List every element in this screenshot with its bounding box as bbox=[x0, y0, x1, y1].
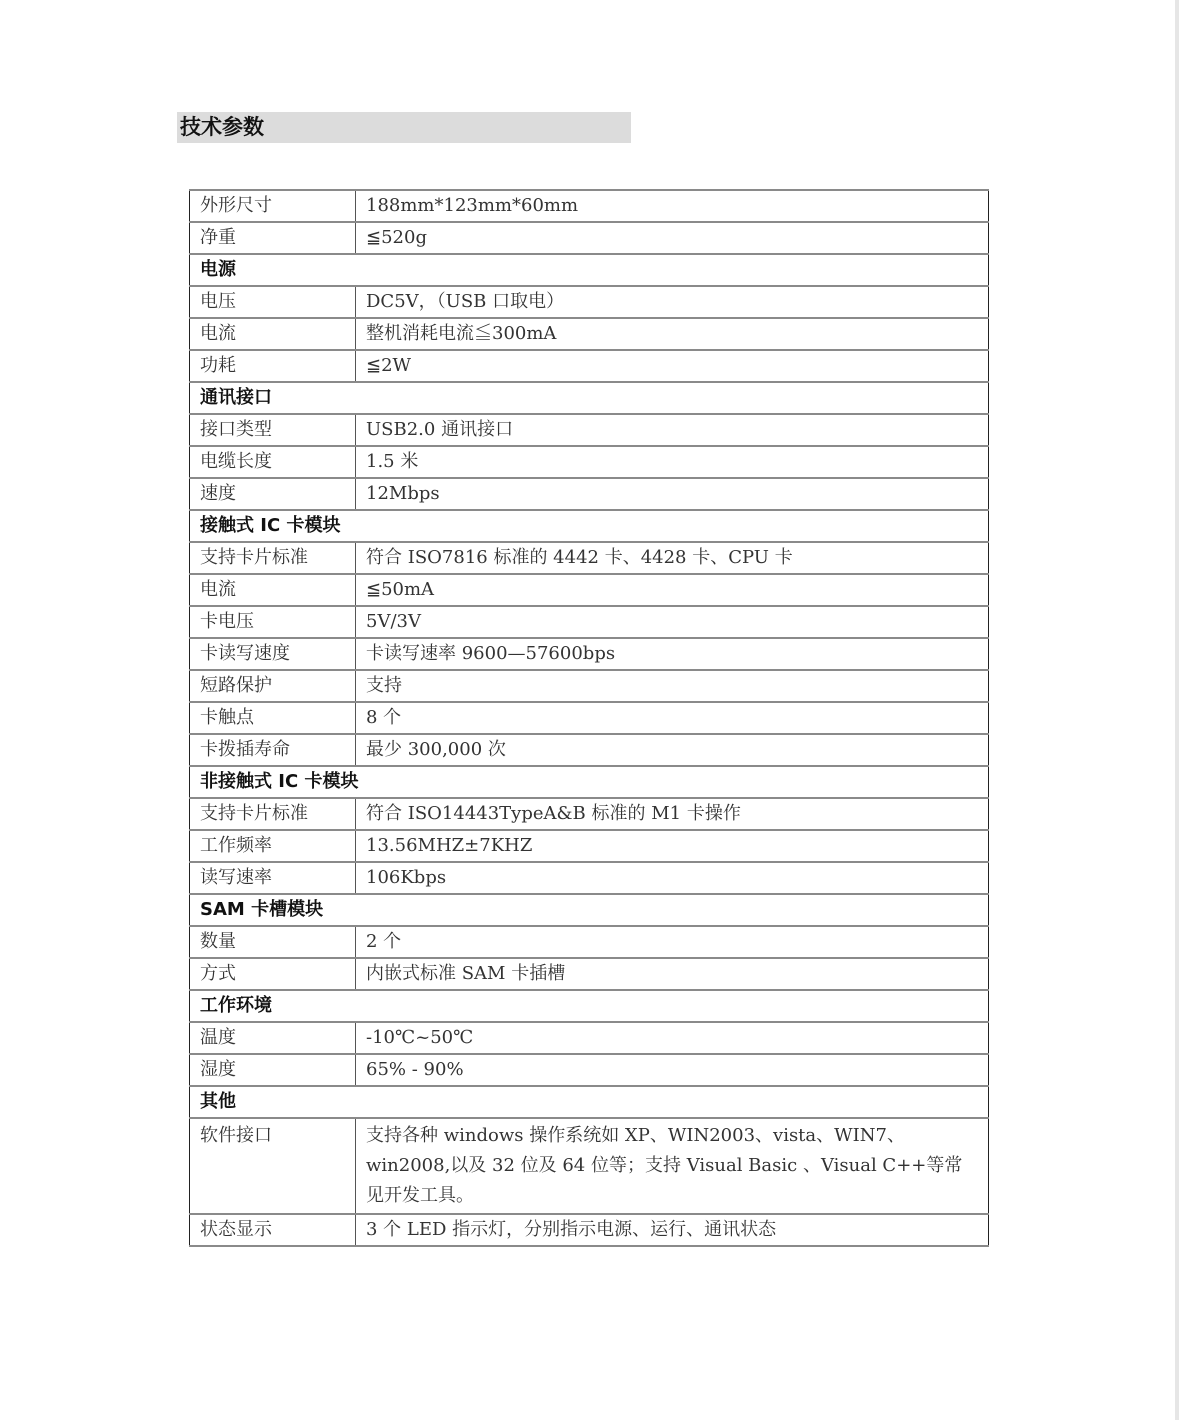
spec-row: 净重≦520g bbox=[190, 222, 989, 254]
page-title: 技术参数 bbox=[177, 112, 631, 143]
spec-value: 符合 ISO7816 标准的 4442 卡、4428 卡、CPU 卡 bbox=[356, 542, 989, 574]
spec-key: 外形尺寸 bbox=[190, 190, 356, 222]
spec-key: 电流 bbox=[190, 318, 356, 350]
spec-row: 支持卡片标准符合 ISO7816 标准的 4442 卡、4428 卡、CPU 卡 bbox=[190, 542, 989, 574]
spec-value: ≦50mA bbox=[356, 574, 989, 606]
spec-value: 卡读写速率 9600—57600bps bbox=[356, 638, 989, 670]
section-label: 通讯接口 bbox=[190, 382, 989, 414]
spec-table-body: 外形尺寸188mm*123mm*60mm净重≦520g电源电压DC5V，（USB… bbox=[190, 190, 989, 1246]
section-header-row: 工作环境 bbox=[190, 990, 989, 1022]
spec-key: 支持卡片标准 bbox=[190, 542, 356, 574]
spec-key: 温度 bbox=[190, 1022, 356, 1054]
spec-row: 卡触点8 个 bbox=[190, 702, 989, 734]
spec-value: 3 个 LED 指示灯，分别指示电源、运行、通讯状态 bbox=[356, 1214, 989, 1246]
spec-row: 卡电压5V/3V bbox=[190, 606, 989, 638]
section-label: 非接触式 IC 卡模块 bbox=[190, 766, 989, 798]
spec-key: 卡触点 bbox=[190, 702, 356, 734]
spec-row: 电流整机消耗电流≦300mA bbox=[190, 318, 989, 350]
spec-row: 接口类型USB2.0 通讯接口 bbox=[190, 414, 989, 446]
spec-value: 13.56MHZ±7KHZ bbox=[356, 830, 989, 862]
section-label: 工作环境 bbox=[190, 990, 989, 1022]
spec-value: 1.5 米 bbox=[356, 446, 989, 478]
spec-key: 卡电压 bbox=[190, 606, 356, 638]
page-edge bbox=[1175, 0, 1179, 1420]
spec-key: 电缆长度 bbox=[190, 446, 356, 478]
spec-row: 状态显示3 个 LED 指示灯，分别指示电源、运行、通讯状态 bbox=[190, 1214, 989, 1246]
spec-value: ≦520g bbox=[356, 222, 989, 254]
spec-value: USB2.0 通讯接口 bbox=[356, 414, 989, 446]
spec-row: 外形尺寸188mm*123mm*60mm bbox=[190, 190, 989, 222]
spec-key: 湿度 bbox=[190, 1054, 356, 1086]
spec-key: 软件接口 bbox=[190, 1118, 356, 1214]
spec-key: 电压 bbox=[190, 286, 356, 318]
spec-row: 功耗≦2W bbox=[190, 350, 989, 382]
spec-value: 5V/3V bbox=[356, 606, 989, 638]
section-header-row: 通讯接口 bbox=[190, 382, 989, 414]
spec-row: 电缆长度1.5 米 bbox=[190, 446, 989, 478]
section-header-row: SAM 卡槽模块 bbox=[190, 894, 989, 926]
section-header-row: 电源 bbox=[190, 254, 989, 286]
section-label: SAM 卡槽模块 bbox=[190, 894, 989, 926]
section-label: 其他 bbox=[190, 1086, 989, 1118]
spec-row: 温度-10℃~50℃ bbox=[190, 1022, 989, 1054]
section-label: 接触式 IC 卡模块 bbox=[190, 510, 989, 542]
spec-value: 最少 300,000 次 bbox=[356, 734, 989, 766]
spec-key: 状态显示 bbox=[190, 1214, 356, 1246]
spec-key: 卡读写速度 bbox=[190, 638, 356, 670]
spec-key: 数量 bbox=[190, 926, 356, 958]
spec-value: 支持 bbox=[356, 670, 989, 702]
spec-row: 速度12Mbps bbox=[190, 478, 989, 510]
section-label: 电源 bbox=[190, 254, 989, 286]
spec-row: 工作频率13.56MHZ±7KHZ bbox=[190, 830, 989, 862]
section-header-row: 接触式 IC 卡模块 bbox=[190, 510, 989, 542]
spec-key: 读写速率 bbox=[190, 862, 356, 894]
spec-row: 电压DC5V，（USB 口取电） bbox=[190, 286, 989, 318]
spec-key: 支持卡片标准 bbox=[190, 798, 356, 830]
spec-row: 卡读写速度卡读写速率 9600—57600bps bbox=[190, 638, 989, 670]
spec-key: 净重 bbox=[190, 222, 356, 254]
spec-row: 方式内嵌式标准 SAM 卡插槽 bbox=[190, 958, 989, 990]
spec-row: 短路保护支持 bbox=[190, 670, 989, 702]
spec-key: 电流 bbox=[190, 574, 356, 606]
section-header-row: 其他 bbox=[190, 1086, 989, 1118]
spec-row: 读写速率106Kbps bbox=[190, 862, 989, 894]
spec-value: 内嵌式标准 SAM 卡插槽 bbox=[356, 958, 989, 990]
spec-table: 外形尺寸188mm*123mm*60mm净重≦520g电源电压DC5V，（USB… bbox=[189, 189, 989, 1247]
spec-row: 电流≦50mA bbox=[190, 574, 989, 606]
spec-row: 软件接口支持各种 windows 操作系统如 XP、WIN2003、vista、… bbox=[190, 1118, 989, 1214]
spec-value: 188mm*123mm*60mm bbox=[356, 190, 989, 222]
spec-value: DC5V，（USB 口取电） bbox=[356, 286, 989, 318]
spec-value: 整机消耗电流≦300mA bbox=[356, 318, 989, 350]
spec-key: 短路保护 bbox=[190, 670, 356, 702]
spec-row: 湿度65% - 90% bbox=[190, 1054, 989, 1086]
spec-value: -10℃~50℃ bbox=[356, 1022, 989, 1054]
spec-row: 数量2 个 bbox=[190, 926, 989, 958]
spec-value: 8 个 bbox=[356, 702, 989, 734]
spec-value: 106Kbps bbox=[356, 862, 989, 894]
spec-value: 12Mbps bbox=[356, 478, 989, 510]
spec-value: 支持各种 windows 操作系统如 XP、WIN2003、vista、WIN7… bbox=[356, 1118, 989, 1214]
spec-value: 2 个 bbox=[356, 926, 989, 958]
spec-key: 接口类型 bbox=[190, 414, 356, 446]
spec-value: ≦2W bbox=[356, 350, 989, 382]
spec-row: 卡拨插寿命最少 300,000 次 bbox=[190, 734, 989, 766]
section-header-row: 非接触式 IC 卡模块 bbox=[190, 766, 989, 798]
spec-key: 方式 bbox=[190, 958, 356, 990]
spec-key: 功耗 bbox=[190, 350, 356, 382]
spec-value: 符合 ISO14443TypeA&B 标准的 M1 卡操作 bbox=[356, 798, 989, 830]
spec-key: 卡拨插寿命 bbox=[190, 734, 356, 766]
spec-key: 工作频率 bbox=[190, 830, 356, 862]
spec-value: 65% - 90% bbox=[356, 1054, 989, 1086]
spec-row: 支持卡片标准符合 ISO14443TypeA&B 标准的 M1 卡操作 bbox=[190, 798, 989, 830]
spec-key: 速度 bbox=[190, 478, 356, 510]
